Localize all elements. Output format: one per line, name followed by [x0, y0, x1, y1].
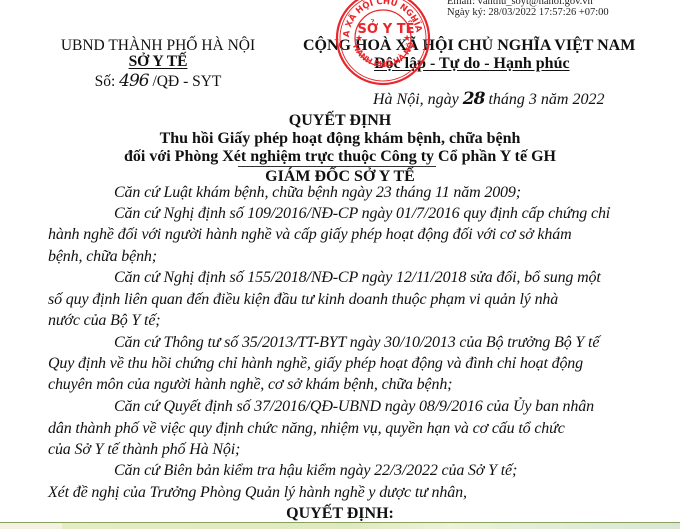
body-line: Xét đề nghị của Trưởng Phòng Quản lý hàn… — [48, 484, 467, 502]
body-line: Căn cứ Quyết định số 37/2016/QĐ-UBND ngà… — [114, 398, 594, 416]
signature-email: Email: vanthu_soyt@hanoi.gov.vn — [447, 0, 593, 7]
body-line: chuyên môn của người hành nghề, cơ sở kh… — [48, 376, 452, 394]
body-line: Căn cứ Thông tư số 35/2013/TT-BYT ngày 3… — [114, 334, 599, 352]
place-date: Hà Nội, ngày 28 tháng 3 năm 2022 — [373, 89, 604, 109]
number-prefix: Số: — [95, 73, 116, 90]
subject-line-2: đối với Phòng Xét nghiệm trực thuộc Công… — [0, 148, 680, 166]
body-line: số quy định liên quan đến điều kiện đầu … — [48, 291, 558, 309]
svg-text:★: ★ — [403, 34, 411, 44]
body-line: hành nghề đối với người hành nghề và cấp… — [48, 226, 572, 244]
department-name: SỞ Y TẾ — [58, 53, 258, 71]
number-suffix: /QĐ - SYT — [153, 73, 222, 90]
body-line: của Sở Y tế thành phố Hà Nội; — [48, 441, 240, 459]
body-line: Căn cứ Nghị định số 155/2018/NĐ-CP ngày … — [114, 269, 601, 287]
svg-text:★: ★ — [355, 34, 363, 44]
date-prefix: Hà Nội, ngày — [373, 91, 459, 108]
body-line: dân thành phố về việc quy định chức năng… — [48, 420, 565, 438]
official-seal-icon: CỘNG HÒA XÃ HỘI CHỦ NGHĨA VIỆT NAM THÀNH… — [333, 0, 433, 86]
department-label: SỞ Y TẾ — [129, 53, 188, 70]
title-divider — [238, 166, 436, 167]
handwritten-number: 496 — [119, 71, 148, 91]
body-line: bệnh, chữa bệnh; — [48, 248, 157, 266]
body-line: Căn cứ Luật khám bệnh, chữa bệnh ngày 23… — [114, 184, 521, 202]
body-line: Căn cứ Biên bản kiểm tra hậu kiểm ngày 2… — [114, 462, 517, 480]
document-heading: QUYẾT ĐỊNH — [0, 112, 680, 130]
body-line: Quy định về thu hồi chứng chỉ hành nghề,… — [48, 355, 583, 373]
date-suffix: tháng 3 năm 2022 — [488, 91, 604, 108]
document-number: Số: 496 /QĐ - SYT — [58, 71, 258, 91]
signature-date: Ngày ký: 28/03/2022 17:57:26 +07:00 — [447, 7, 609, 18]
decision-heading: QUYẾT ĐỊNH: — [0, 505, 680, 523]
subject-line-1: Thu hồi Giấy phép hoạt động khám bệnh, c… — [0, 130, 680, 148]
body-line: Căn cứ Nghị định số 109/2016/NĐ-CP ngày … — [114, 205, 610, 223]
handwritten-day: 28 — [463, 89, 485, 109]
page-bottom-edge — [0, 522, 680, 529]
body-line: nước của Bộ Y tế; — [48, 312, 160, 330]
